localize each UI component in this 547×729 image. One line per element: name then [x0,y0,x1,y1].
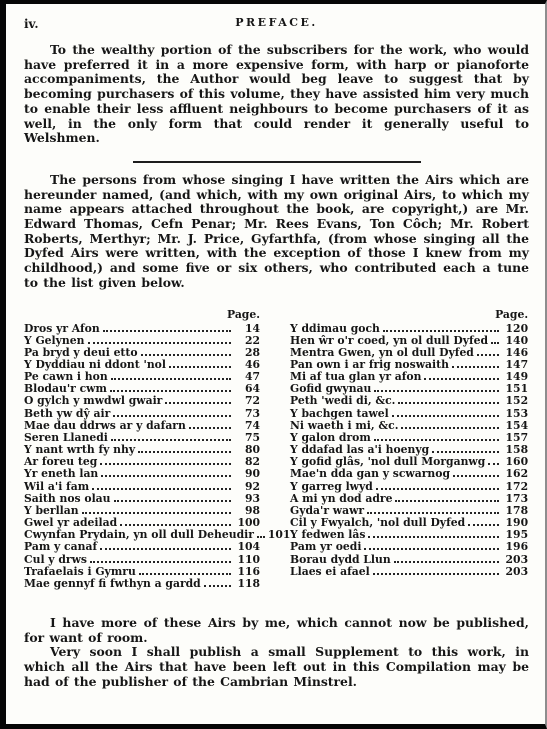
dot-leader [376,488,499,490]
dot-leader [392,415,499,417]
index-column-left: Page. Dros yr Afon 14 Y Gelynen 22 [22,308,274,590]
dot-leader [453,475,499,477]
dot-leader [401,427,499,429]
dot-leader [432,451,499,453]
dot-leader [90,561,231,563]
air-page-number: 203 [502,554,528,566]
air-title: Beth yw dŷ air [24,408,110,420]
dot-leader [257,536,265,538]
air-title: Wil a'i fam [24,481,89,493]
air-title: Cul y drws [24,554,87,566]
dot-leader [374,390,499,392]
dot-leader [110,390,231,392]
air-page-number: 152 [502,395,528,407]
air-page-number: 172 [502,481,528,493]
section-divider [133,161,421,163]
air-title: Y ddimau goch [290,323,380,335]
toc-entry: Peth 'wedi di, &c. 152 [290,395,528,407]
page-header: iv. PREFACE. [22,16,531,33]
paragraph-singers: The persons from whose singing I have wr… [24,173,529,291]
dot-leader [394,561,499,563]
air-page-number: 14 [234,323,260,335]
dot-leader [189,427,231,429]
dot-leader [488,463,499,465]
air-page-number: 196 [502,541,528,553]
air-title: Pam y canaf [24,541,97,553]
dot-leader [368,536,499,538]
air-page-number: 162 [502,468,528,480]
air-page-number: 92 [234,481,260,493]
toc-entry: Pam y canaf 104 [24,541,260,553]
toc-entry: Trafaelais i Gymru 116 [24,566,260,578]
toc-entry: Llaes ei afael 203 [290,566,528,578]
scanned-page: iv. PREFACE. To the wealthy portion of t… [0,0,547,729]
page-column-label-left: Page. [24,308,260,321]
toc-entry: O gylch y mwdwl gwair 72 [24,395,260,407]
dot-leader [141,354,231,356]
air-page-number: 120 [502,323,528,335]
air-title: Trafaelais i Gymru [24,566,136,578]
dot-leader [82,512,231,514]
toc-entry: Borau dydd Llun 203 [290,554,528,566]
dot-leader [398,402,499,404]
toc-entry: Mae'n dda gan y scwarnog 162 [290,468,528,480]
dot-leader [111,378,231,380]
dot-leader [138,451,231,453]
dot-leader [373,573,499,575]
air-title: Peth 'wedi di, &c. [290,395,395,407]
air-title: Y garreg lwyd [290,481,373,493]
dot-leader [120,524,231,526]
air-page-number: 153 [502,408,528,420]
air-title: Yr eneth lan [24,468,98,480]
toc-entry: Wil a'i fam 92 [24,481,260,493]
toc-entry: Yr eneth lan 90 [24,468,260,480]
dot-leader [165,402,231,404]
dot-leader [477,354,499,356]
air-title: Pam yr oedi [290,541,361,553]
dot-leader [139,573,231,575]
folio-number: iv. [24,17,39,31]
air-page-number: 73 [234,408,260,420]
dot-leader [103,330,231,332]
paragraph-subscribers: To the wealthy portion of the subscriber… [24,43,529,146]
index-list-right: Y ddimau goch 120 Hen ŵr o'r coed, yn ol… [290,323,528,578]
air-title: Mae'n dda gan y scwarnog [290,468,450,480]
air-page-number: 72 [234,395,260,407]
toc-entry: Cul y drws 110 [24,554,260,566]
toc-entry: Dros yr Afon 14 [24,323,260,335]
air-title: Borau dydd Llun [290,554,391,566]
dot-leader [204,585,231,587]
dot-leader [92,488,231,490]
paragraph-supplement: Very soon I shall publish a small Supple… [24,645,529,689]
dot-leader [100,548,231,550]
paragraph-more-airs: I have more of these Airs by me, which c… [24,616,529,645]
dot-leader [114,500,231,502]
air-page-number: 90 [234,468,260,480]
toc-entry: Beth yw dŷ air 73 [24,408,260,420]
air-page-number: 118 [234,578,260,590]
dot-leader [374,439,499,441]
page-title: PREFACE. [22,16,531,29]
toc-entry: Y ddimau goch 120 [290,323,528,335]
dot-leader [468,524,499,526]
page-column-label-right: Page. [290,308,528,321]
index-list-left: Dros yr Afon 14 Y Gelynen 22 Pa bryd y d… [24,323,260,590]
air-title: Mae gennyf fi fwthyn a gardd [24,578,201,590]
air-title: Llaes ei afael [290,566,370,578]
toc-entry: Mae gennyf fi fwthyn a gardd 118 [24,578,260,590]
dot-leader [395,500,499,502]
dot-leader [88,342,231,344]
dot-leader [101,475,231,477]
dot-leader [367,512,499,514]
dot-leader [383,330,499,332]
air-page-number: 116 [234,566,260,578]
air-title: O gylch y mwdwl gwair [24,395,162,407]
dot-leader [491,342,499,344]
dot-leader [424,378,499,380]
air-title: Dros yr Afon [24,323,100,335]
dot-leader [113,415,231,417]
air-page-number: 203 [502,566,528,578]
dot-leader [364,548,499,550]
dot-leader [111,439,231,441]
toc-entry: Y garreg lwyd 172 [290,481,528,493]
air-page-number: 104 [234,541,260,553]
air-index: Page. Dros yr Afon 14 Y Gelynen 22 [22,308,531,590]
index-column-right: Page. Y ddimau goch 120 Hen ŵr o'r coed,… [274,308,532,590]
dot-leader [452,366,499,368]
air-title: Y bachgen tawel [290,408,389,420]
toc-entry: Y bachgen tawel 153 [290,408,528,420]
toc-entry: Pam yr oedi 196 [290,541,528,553]
dot-leader [169,366,231,368]
dot-leader [100,463,231,465]
air-page-number: 110 [234,554,260,566]
